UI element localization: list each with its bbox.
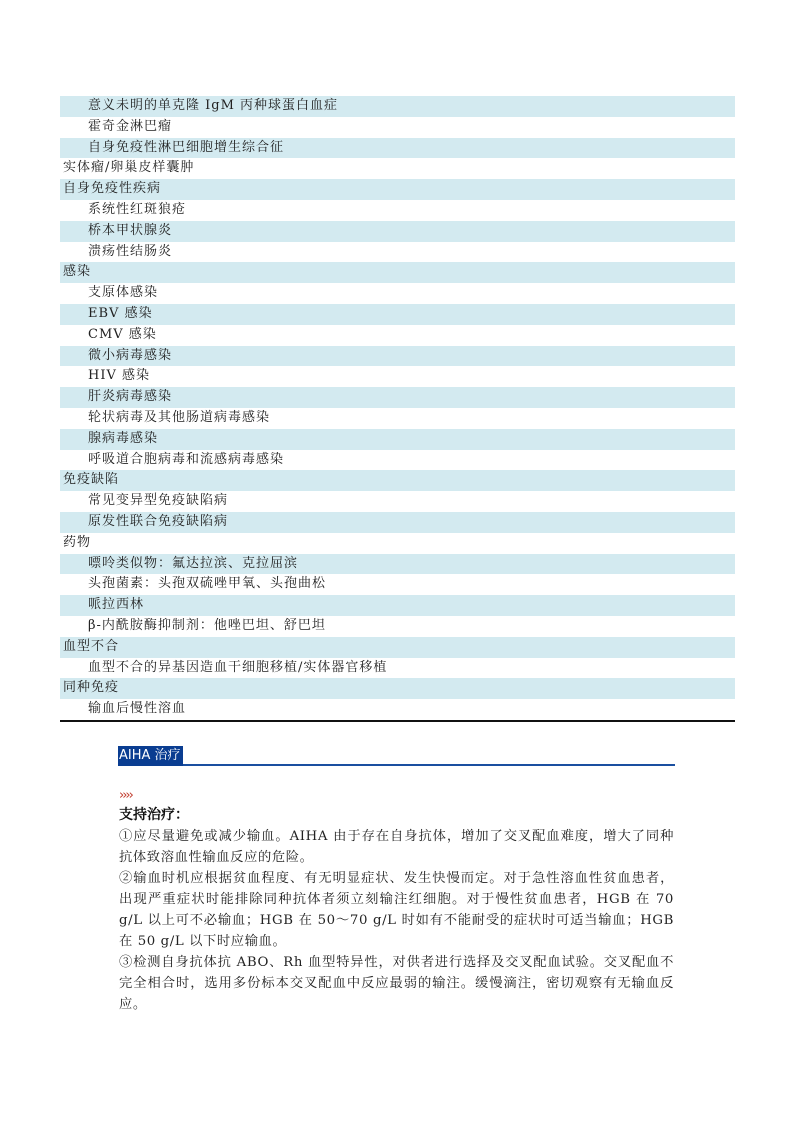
section-title: AIHA 治疗: [118, 746, 183, 766]
table-row: 霍奇金淋巴瘤: [60, 117, 735, 138]
table-row: 肝炎病毒感染: [60, 387, 735, 408]
paragraph-3: ③检测自身抗体抗 ABO、Rh 血型特异性，对供者进行选择及交叉配血试验。交叉配…: [119, 952, 674, 1015]
table-row: 原发性联合免疫缺陷病: [60, 512, 735, 533]
table-row: HIV 感染: [60, 366, 735, 387]
chevron-marker-icon: ››››: [119, 787, 674, 805]
subheading-supportive-care: 支持治疗：: [119, 805, 674, 826]
table-row: 自身免疫性淋巴细胞增生综合征: [60, 138, 735, 159]
table-row: 溃疡性结肠炎: [60, 242, 735, 263]
table-row: 腺病毒感染: [60, 429, 735, 450]
table-row: CMV 感染: [60, 325, 735, 346]
table-category-row: 同种免疫: [60, 678, 735, 699]
table-category-row: 药物: [60, 533, 735, 554]
table-category-row: 免疫缺陷: [60, 470, 735, 491]
table-row: 系统性红斑狼疮: [60, 200, 735, 221]
table-row: 输血后慢性溶血: [60, 699, 735, 720]
table-category-row: 实体瘤/卵巢皮样囊肿: [60, 158, 735, 179]
table-row: 轮状病毒及其他肠道病毒感染: [60, 408, 735, 429]
table-row: 血型不合的异基因造血干细胞移植/实体器官移植: [60, 658, 735, 679]
table-row: 哌拉西林: [60, 595, 735, 616]
table-category-row: 感染: [60, 262, 735, 283]
table-row: 微小病毒感染: [60, 346, 735, 367]
table-row: β-内酰胺酶抑制剂：他唑巴坦、舒巴坦: [60, 616, 735, 637]
table-row: 桥本甲状腺炎: [60, 221, 735, 242]
paragraph-2: ②输血时机应根据贫血程度、有无明显症状、发生快慢而定。对于急性溶血性贫血患者，出…: [119, 868, 674, 952]
table-row: 嘌呤类似物：氟达拉滨、克拉屈滨: [60, 554, 735, 575]
table-category-row: 自身免疫性疾病: [60, 179, 735, 200]
table-row: 头孢菌素：头孢双硫唑甲氧、头孢曲松: [60, 574, 735, 595]
table-row: EBV 感染: [60, 304, 735, 325]
table-row: 呼吸道合胞病毒和流感病毒感染: [60, 450, 735, 471]
section-header: AIHA 治疗: [118, 744, 675, 766]
table-category-row: 血型不合: [60, 637, 735, 658]
etiology-table: 意义未明的单克隆 IgM 丙种球蛋白血症 霍奇金淋巴瘤 自身免疫性淋巴细胞增生综…: [60, 96, 735, 722]
table-row: 常见变异型免疫缺陷病: [60, 491, 735, 512]
table-row: 支原体感染: [60, 283, 735, 304]
paragraph-1: ①应尽量避免或减少输血。AIHA 由于存在自身抗体，增加了交叉配血难度，增大了同…: [119, 826, 674, 868]
table-row: 意义未明的单克隆 IgM 丙种球蛋白血症: [60, 96, 735, 117]
treatment-content: ›››› 支持治疗： ①应尽量避免或减少输血。AIHA 由于存在自身抗体，增加了…: [119, 787, 674, 1015]
